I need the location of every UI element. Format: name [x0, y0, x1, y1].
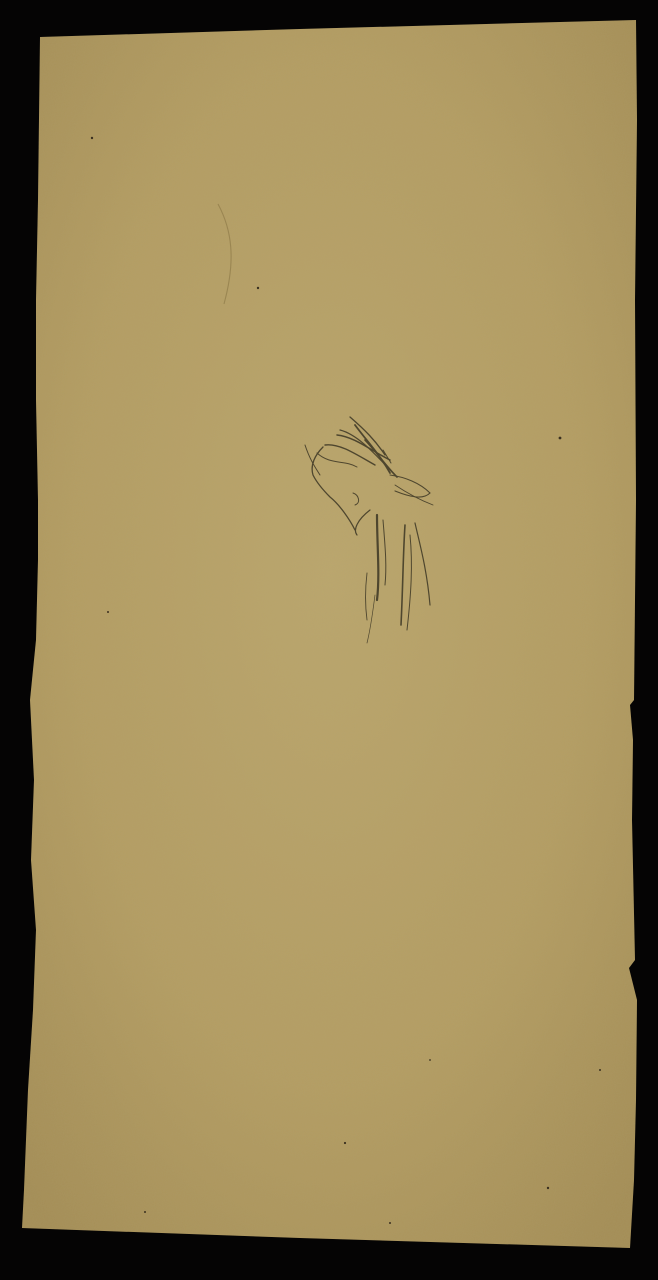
- pencil-sketch-figure: [295, 405, 445, 645]
- scan-background: [0, 0, 658, 1280]
- paper-crease: [210, 200, 250, 310]
